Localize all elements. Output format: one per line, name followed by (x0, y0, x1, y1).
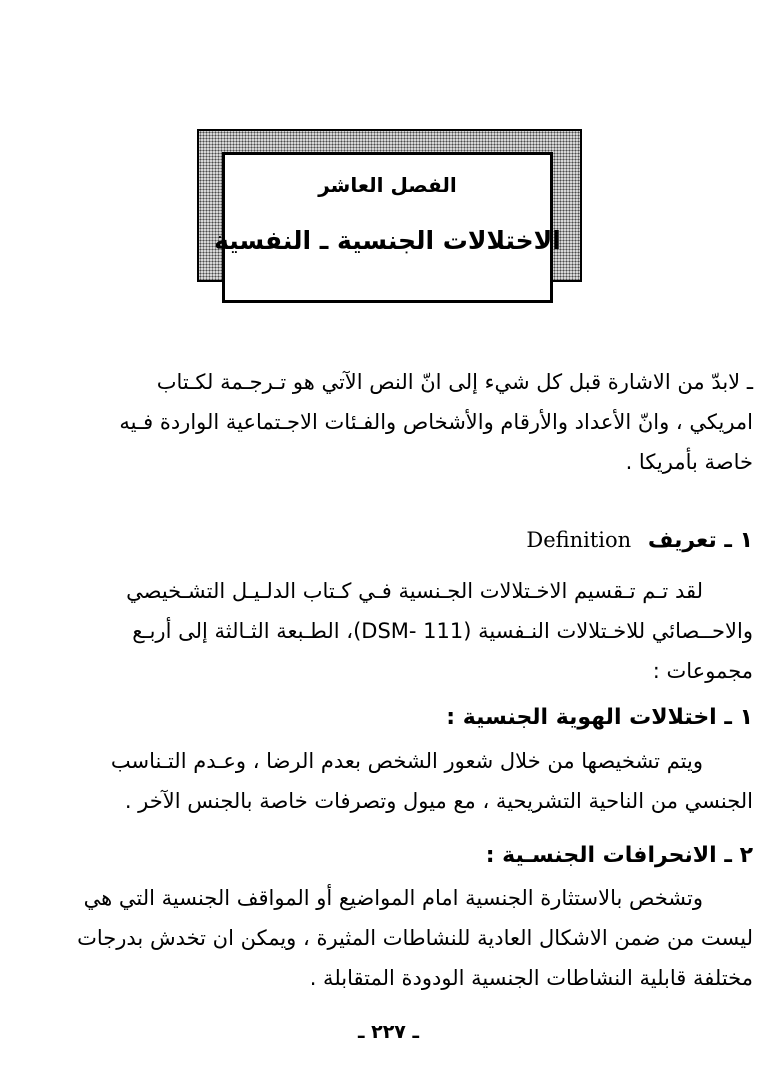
text-line: امريكي ، وانّ الأعداد والأرقام والأشخاص … (65, 402, 753, 442)
chapter-title: الاختلالات الجنسية ـ النفسية (214, 217, 561, 265)
text-line: وتشخص بالاستثارة الجنسية امام المواضيع أ… (65, 878, 753, 918)
subsection-heading-deviations: ٢ ـ الانحرافات الجنسـية : (65, 836, 753, 876)
text-line: لقد تـم تـقسيم الاخـتلالات الجـنسية فـي … (65, 571, 753, 611)
book-page: الفصل العاشر الاختلالات الجنسية ـ النفسي… (0, 0, 777, 1079)
subsection-paragraph: وتشخص بالاستثارة الجنسية امام المواضيع أ… (65, 878, 753, 998)
text-line: والاحــصائي للاخـتلالات النـفسية ‪(DSM- … (65, 611, 753, 651)
text-line: الجنسي من الناحية التشريحية ، مع ميول وت… (65, 781, 753, 821)
subsection-paragraph: ويتم تشخيصها من خلال شعور الشخص بعدم الر… (65, 741, 753, 821)
definition-heading-arabic: ١ ـ تعريف (648, 528, 753, 553)
text-line: ـ لابدّ من الاشارة قبل كل شيء إلى انّ ال… (65, 362, 753, 402)
text-line: ويتم تشخيصها من خلال شعور الشخص بعدم الر… (65, 741, 753, 781)
text-line: مجموعات : (65, 651, 753, 691)
page-number: ـ ٢٢٧ ـ (0, 1014, 777, 1050)
definition-heading: ١ ـ تعريف Definition (65, 520, 753, 561)
intro-paragraph: ـ لابدّ من الاشارة قبل كل شيء إلى انّ ال… (65, 362, 753, 482)
chapter-number-label: الفصل العاشر (318, 165, 457, 205)
title-box: الفصل العاشر الاختلالات الجنسية ـ النفسي… (222, 152, 553, 303)
text-line: ليست من ضمن الاشكال العادية للنشاطات الم… (65, 918, 753, 958)
text-line: خاصة بأمريكا . (65, 442, 753, 482)
definition-heading-latin: Definition (526, 528, 631, 552)
text-line: مختلفة قابلية النشاطات الجنسية الودودة ا… (65, 958, 753, 998)
page-body: ـ لابدّ من الاشارة قبل كل شيء إلى انّ ال… (65, 362, 753, 998)
chapter-title-block: الفصل العاشر الاختلالات الجنسية ـ النفسي… (197, 129, 583, 305)
dsm-paragraph: لقد تـم تـقسيم الاخـتلالات الجـنسية فـي … (65, 571, 753, 691)
subsection-heading-gender-identity: ١ ـ اختلالات الهوية الجنسية : (65, 698, 753, 738)
